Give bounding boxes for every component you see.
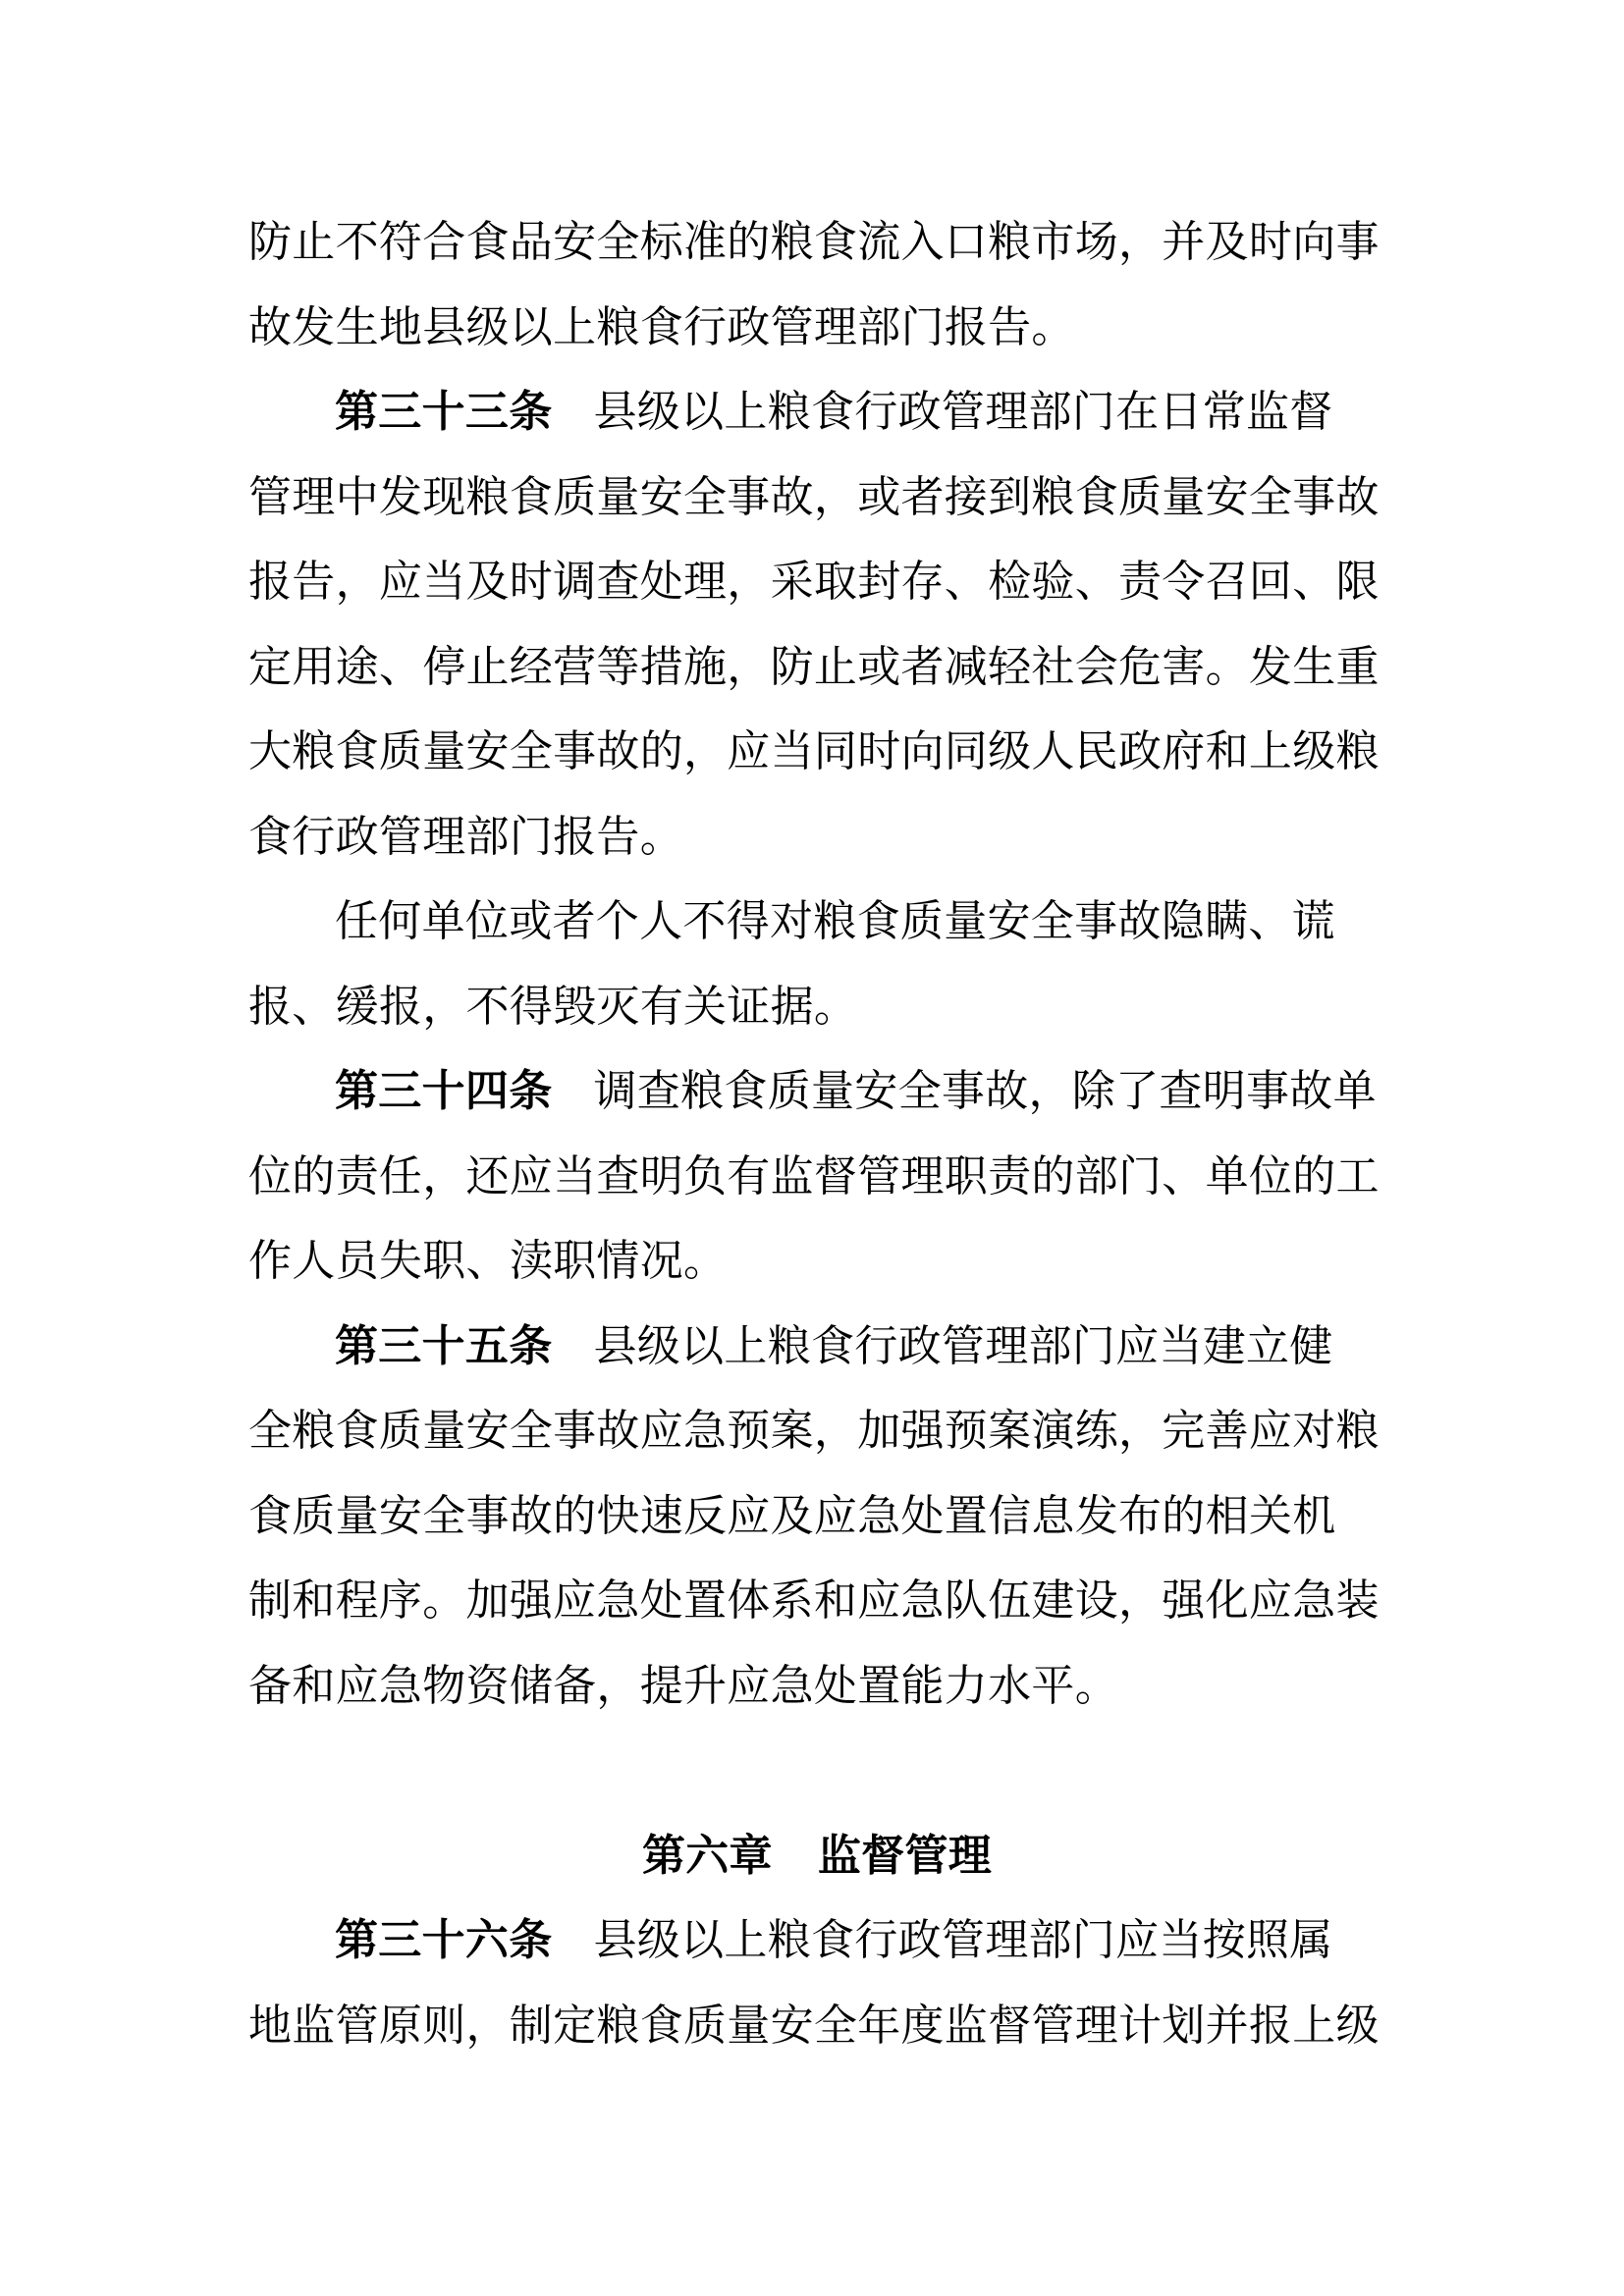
text-block: 防止不符合食品安全标准的粮食流入口粮市场，并及时向事故发生地县级以上粮食行政管理… — [248, 200, 1385, 2068]
text-line: 定用途、停止经营等措施，防止或者减轻社会危害。发生重 — [248, 625, 1385, 711]
text-line: 备和应急物资储备，提升应急处置能力水平。 — [248, 1644, 1385, 1730]
line-text: 作人员失职、渎职情况。 — [248, 1237, 727, 1285]
article-number: 第三十六条 — [335, 1916, 553, 1964]
article-number: 第三十四条 — [335, 1067, 553, 1115]
blank-line — [248, 1729, 1385, 1814]
line-text: 定用途、停止经营等措施，防止或者减轻社会危害。发生重 — [248, 643, 1380, 691]
line-text: 制和程序。加强应急处置体系和应急队伍建设，强化应急装 — [248, 1576, 1380, 1625]
line-text: 故发生地县级以上粮食行政管理部门报告。 — [248, 303, 1075, 351]
text-line: 管理中发现粮食质量安全事故，或者接到粮食质量安全事故 — [248, 455, 1385, 541]
line-text: 地监管原则，制定粮食质量安全年度监督管理计划并报上级 — [248, 2002, 1380, 2050]
text-line: 位的责任，还应当查明负有监督管理职责的部门、单位的工 — [248, 1135, 1385, 1220]
text-line: 故发生地县级以上粮食行政管理部门报告。 — [248, 286, 1385, 371]
text-line: 食行政管理部门报告。 — [248, 795, 1385, 881]
chapter-title: 监督管理 — [818, 1832, 992, 1880]
line-text: 县级以上粮食行政管理部门应当按照属 — [594, 1916, 1333, 1964]
chapter-number: 第六章 — [642, 1832, 773, 1880]
text-line: 第三十六条县级以上粮食行政管理部门应当按照属 — [248, 1898, 1385, 1984]
line-text: 防止不符合食品安全标准的粮食流入口粮市场，并及时向事 — [248, 218, 1380, 266]
line-text: 食行政管理部门报告。 — [248, 813, 683, 861]
line-text: 备和应急物资储备，提升应急处置能力水平。 — [248, 1662, 1118, 1710]
document-page: 防止不符合食品安全标准的粮食流入口粮市场，并及时向事故发生地县级以上粮食行政管理… — [0, 0, 1624, 2296]
line-text: 县级以上粮食行政管理部门应当建立健 — [594, 1322, 1333, 1370]
text-line: 地监管原则，制定粮食质量安全年度监督管理计划并报上级 — [248, 1984, 1385, 2069]
line-text: 调查粮食质量安全事故，除了查明事故单 — [594, 1067, 1377, 1115]
line-text: 位的责任，还应当查明负有监督管理职责的部门、单位的工 — [248, 1152, 1380, 1201]
text-line: 任何单位或者个人不得对粮食质量安全事故隐瞒、谎 — [248, 880, 1385, 965]
line-text: 报、缓报，不得毁灭有关证据。 — [248, 983, 857, 1031]
text-line: 第三十三条县级以上粮食行政管理部门在日常监督 — [248, 370, 1385, 455]
line-text: 报告，应当及时调查处理，采取封存、检验、责令召回、限 — [248, 558, 1380, 606]
text-line: 作人员失职、渎职情况。 — [248, 1219, 1385, 1305]
line-text: 管理中发现粮食质量安全事故，或者接到粮食质量安全事故 — [248, 473, 1380, 521]
line-text: 任何单位或者个人不得对粮食质量安全事故隐瞒、谎 — [335, 897, 1335, 945]
line-text: 县级以上粮食行政管理部门在日常监督 — [594, 388, 1333, 436]
text-line: 全粮食质量安全事故应急预案，加强预案演练，完善应对粮 — [248, 1389, 1385, 1474]
text-line: 制和程序。加强应急处置体系和应急队伍建设，强化应急装 — [248, 1559, 1385, 1644]
line-text: 食质量安全事故的快速反应及应急处置信息发布的相关机 — [248, 1492, 1336, 1540]
article-number: 第三十三条 — [335, 388, 553, 436]
text-line: 报、缓报，不得毁灭有关证据。 — [248, 965, 1385, 1050]
line-text: 大粮食质量安全事故的，应当同时向同级人民政府和上级粮 — [248, 727, 1380, 775]
text-line: 大粮食质量安全事故的，应当同时向同级人民政府和上级粮 — [248, 710, 1385, 795]
text-line: 防止不符合食品安全标准的粮食流入口粮市场，并及时向事 — [248, 200, 1385, 286]
chapter-heading: 第六章监督管理 — [248, 1814, 1385, 1899]
text-line: 第三十五条县级以上粮食行政管理部门应当建立健 — [248, 1305, 1385, 1390]
line-text: 全粮食质量安全事故应急预案，加强预案演练，完善应对粮 — [248, 1407, 1380, 1455]
text-line: 食质量安全事故的快速反应及应急处置信息发布的相关机 — [248, 1474, 1385, 1560]
text-line: 报告，应当及时调查处理，采取封存、检验、责令召回、限 — [248, 540, 1385, 625]
article-number: 第三十五条 — [335, 1322, 553, 1370]
text-line: 第三十四条调查粮食质量安全事故，除了查明事故单 — [248, 1049, 1385, 1135]
